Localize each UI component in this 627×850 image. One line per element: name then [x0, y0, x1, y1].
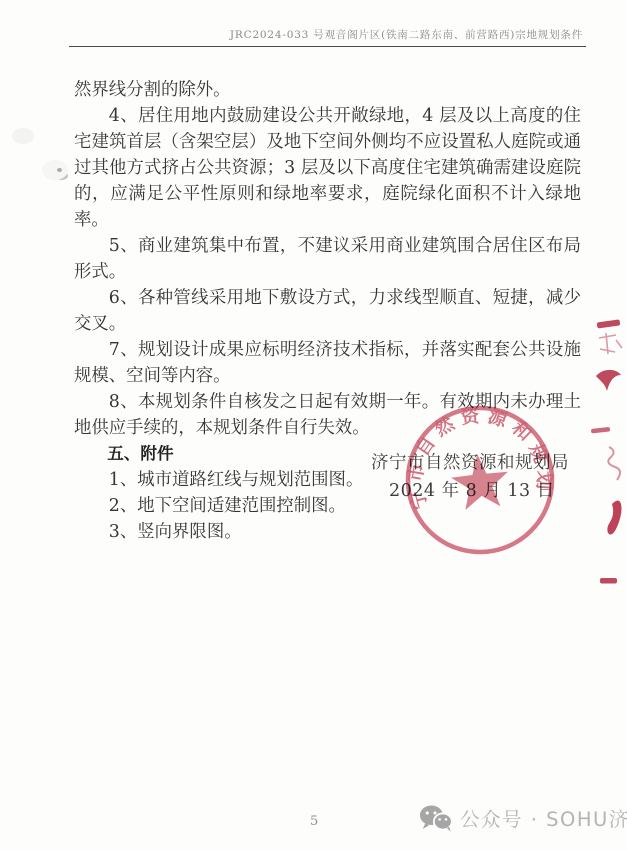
scan-speck — [42, 160, 68, 180]
paragraph-continuation: 然界线分割的除外。 — [74, 77, 581, 103]
scanned-document-page: JRC2024-033 号观音阁片区(铁南二路东南、前营路西)宗地规划条件 然界… — [0, 0, 627, 850]
scan-speck — [57, 168, 62, 172]
star-icon — [449, 451, 511, 511]
wechat-icon — [419, 804, 452, 832]
watermark-text: 公众号 · SOHU济宁 — [460, 804, 627, 832]
paragraph-item-5: 5、商业建筑集中布置，不建议采用商业建筑围合居住区布局形式。 — [74, 233, 581, 285]
official-seal: 济宁市自然资源和规划局 — [393, 393, 567, 567]
scan-speck — [12, 128, 34, 144]
paragraph-item-7: 7、规划设计成果应标明经济技术指标，并落实配套公共设施规模、空间等内容。 — [74, 337, 581, 389]
footer-watermark: 公众号 · SOHU济宁 — [419, 804, 627, 832]
document-header-title: JRC2024-033 号观音阁片区(铁南二路东南、前营路西)宗地规划条件 — [230, 27, 583, 42]
page-number: 5 — [310, 814, 318, 829]
header-rule — [69, 46, 586, 47]
paragraph-item-6: 6、各种管线采用地下敷设方式，力求线型顺直、短捷，减少交叉。 — [74, 285, 581, 337]
paragraph-item-4: 4、居住用地内鼓励建设公共开敞绿地，4 层及以上高度的住宅建筑首层（含架空层）及… — [74, 103, 581, 233]
right-edge-stamp-fragments — [586, 316, 627, 586]
